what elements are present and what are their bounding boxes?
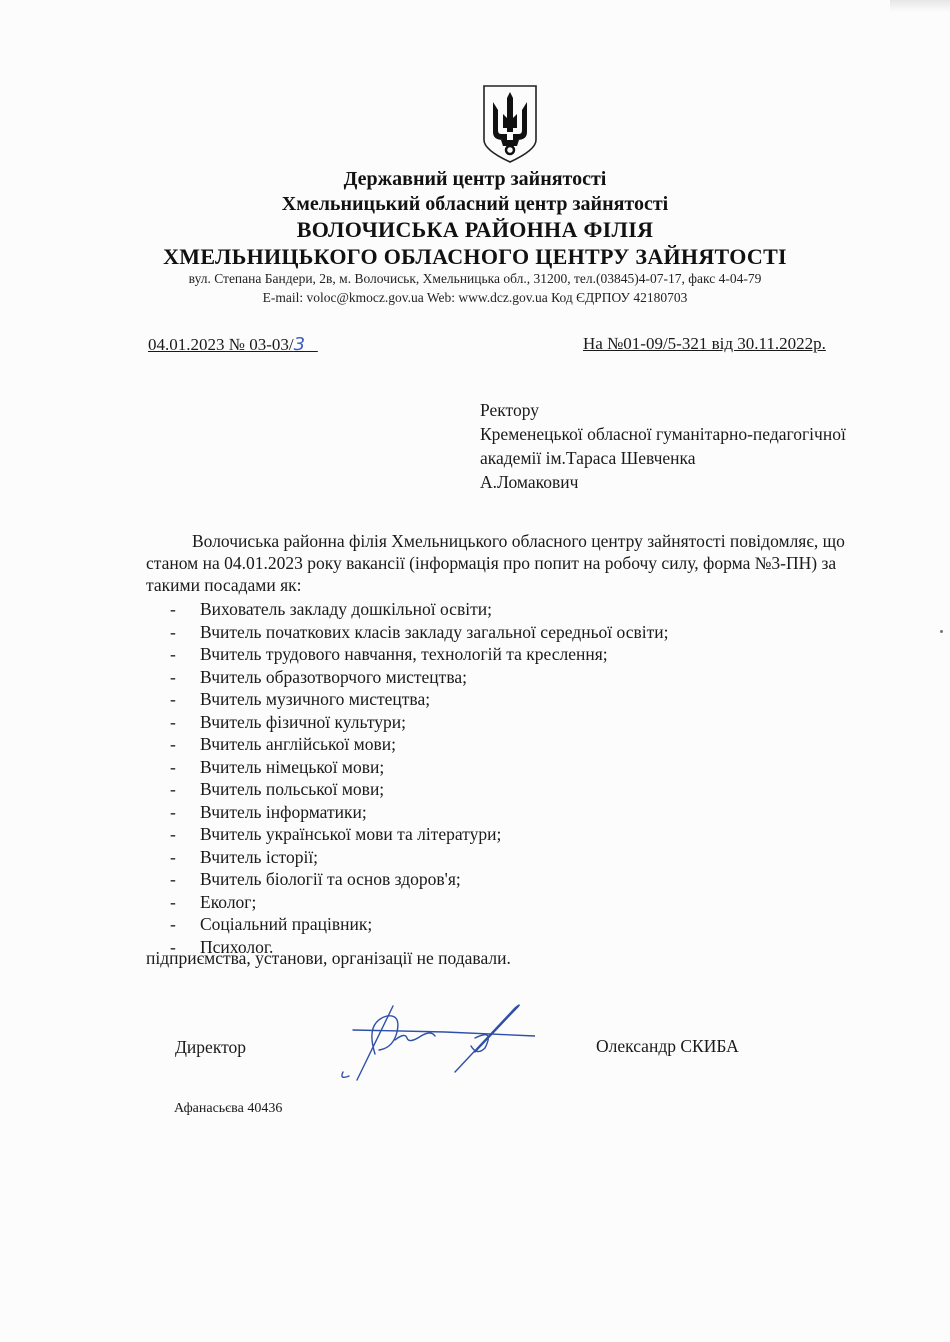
dash-bullet-icon: - bbox=[170, 598, 176, 621]
addressee-institution-cont: академії ім.Тараса Шевченка bbox=[480, 446, 846, 470]
addressee-block: Ректору Кременецької обласної гуманітарн… bbox=[480, 398, 846, 494]
position-title: Вчитель початкових класів закладу загаль… bbox=[200, 622, 669, 642]
incoming-reference: На №01-09/5-321 від 30.11.2022р. bbox=[583, 334, 826, 354]
org-contacts: E-mail: voloc@kmocz.gov.ua Web: www.dcz.… bbox=[0, 290, 950, 306]
position-title: Вчитель історії; bbox=[200, 847, 318, 867]
dash-bullet-icon: - bbox=[170, 891, 176, 914]
dash-bullet-icon: - bbox=[170, 801, 176, 824]
addressee-institution: Кременецької обласної гуманітарно-педаго… bbox=[480, 422, 846, 446]
position-list-item: -Соціальний працівник; bbox=[170, 913, 669, 936]
addressee-name: А.Ломакович bbox=[480, 470, 846, 494]
position-title: Соціальний працівник; bbox=[200, 914, 372, 934]
org-address: вул. Степана Бандери, 2в, м. Волочиськ, … bbox=[0, 271, 950, 287]
position-title: Вчитель трудового навчання, технологій т… bbox=[200, 644, 608, 664]
position-list-item: -Вчитель музичного мистецтва; bbox=[170, 688, 669, 711]
outgoing-reference-printed: 04.01.2023 № 03-03/ bbox=[148, 335, 294, 354]
position-title: Вчитель музичного мистецтва; bbox=[200, 689, 430, 709]
dash-bullet-icon: - bbox=[170, 823, 176, 846]
position-list-item: -Вчитель польської мови; bbox=[170, 778, 669, 801]
position-title: Вчитель англійської мови; bbox=[200, 734, 396, 754]
dash-bullet-icon: - bbox=[170, 621, 176, 644]
org-branch-name-cont: ХМЕЛЬНИЦЬКОГО ОБЛАСНОГО ЦЕНТРУ ЗАЙНЯТОСТ… bbox=[0, 244, 950, 270]
position-list-item: -Вчитель англійської мови; bbox=[170, 733, 669, 756]
position-title: Вчитель польської мови; bbox=[200, 779, 384, 799]
scan-edge-shadow bbox=[890, 0, 950, 12]
org-parent-name: Державний центр зайнятості bbox=[0, 168, 950, 191]
handwritten-signature-icon bbox=[335, 1002, 535, 1082]
positions-list: -Вихователь закладу дошкільної освіти;-В… bbox=[170, 598, 669, 958]
position-title: Вчитель німецької мови; bbox=[200, 757, 384, 777]
position-list-item: -Вчитель історії; bbox=[170, 846, 669, 869]
dash-bullet-icon: - bbox=[170, 846, 176, 869]
body-closing: підприємства, установи, організації не п… bbox=[146, 948, 511, 969]
signatory-title: Директор bbox=[175, 1037, 246, 1058]
position-list-item: -Вчитель фізичної культури; bbox=[170, 711, 669, 734]
dash-bullet-icon: - bbox=[170, 733, 176, 756]
position-title: Вчитель образотворчого мистецтва; bbox=[200, 667, 467, 687]
position-list-item: -Вчитель української мови та літератури; bbox=[170, 823, 669, 846]
org-regional-name: Хмельницький обласний центр зайнятості bbox=[0, 193, 950, 216]
dash-bullet-icon: - bbox=[170, 711, 176, 734]
position-list-item: -Еколог; bbox=[170, 891, 669, 914]
dash-bullet-icon: - bbox=[170, 643, 176, 666]
dash-bullet-icon: - bbox=[170, 688, 176, 711]
dash-bullet-icon: - bbox=[170, 778, 176, 801]
executor-info: Афанасьєва 40436 bbox=[174, 1101, 282, 1117]
scan-speck bbox=[940, 630, 943, 633]
document-page: Державний центр зайнятості Хмельницький … bbox=[0, 0, 950, 1342]
outgoing-reference: 04.01.2023 № 03-03/3 bbox=[148, 334, 318, 355]
dash-bullet-icon: - bbox=[170, 666, 176, 689]
signatory-name: Олександр СКИБА bbox=[596, 1036, 739, 1057]
position-list-item: -Вчитель початкових класів закладу загал… bbox=[170, 621, 669, 644]
dash-bullet-icon: - bbox=[170, 756, 176, 779]
body-intro: Волочиська районна філія Хмельницького о… bbox=[146, 530, 886, 596]
position-title: Вчитель інформатики; bbox=[200, 802, 367, 822]
ukraine-trident-coat-of-arms-icon bbox=[481, 84, 539, 164]
position-title: Вихователь закладу дошкільної освіти; bbox=[200, 599, 492, 619]
position-title: Вчитель української мови та літератури; bbox=[200, 824, 501, 844]
position-list-item: -Вчитель інформатики; bbox=[170, 801, 669, 824]
position-list-item: -Вихователь закладу дошкільної освіти; bbox=[170, 598, 669, 621]
org-branch-name: ВОЛОЧИСЬКА РАЙОННА ФІЛІЯ bbox=[0, 217, 950, 243]
position-list-item: -Вчитель біології та основ здоров'я; bbox=[170, 868, 669, 891]
position-title: Еколог; bbox=[200, 892, 256, 912]
dash-bullet-icon: - bbox=[170, 913, 176, 936]
outgoing-reference-handwritten: 3 bbox=[294, 334, 305, 355]
position-list-item: -Вчитель трудового навчання, технологій … bbox=[170, 643, 669, 666]
position-title: Вчитель фізичної культури; bbox=[200, 712, 406, 732]
position-list-item: -Вчитель німецької мови; bbox=[170, 756, 669, 779]
position-title: Вчитель біології та основ здоров'я; bbox=[200, 869, 461, 889]
dash-bullet-icon: - bbox=[170, 868, 176, 891]
addressee-position: Ректору bbox=[480, 398, 846, 422]
position-list-item: -Вчитель образотворчого мистецтва; bbox=[170, 666, 669, 689]
